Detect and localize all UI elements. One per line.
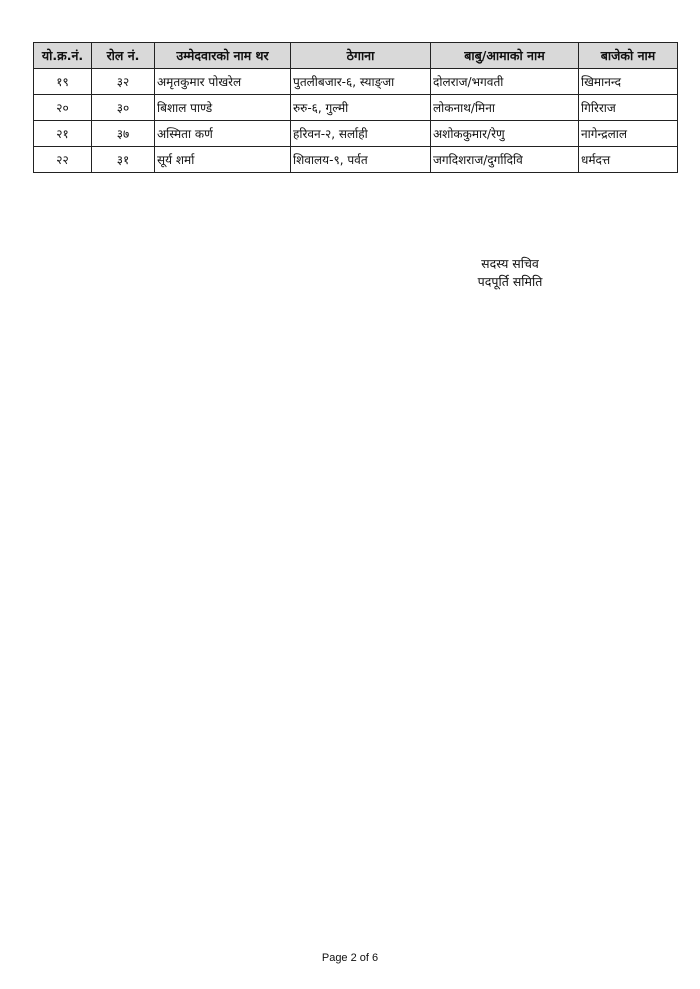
header-grandfather-name: बाजेको नाम <box>579 43 678 69</box>
address: शिवालय-९, पर्वत <box>291 147 431 173</box>
serial-no: २२ <box>34 147 92 173</box>
parents-name: दोलराज/भगवती <box>431 69 579 95</box>
address: हरिवन-२, सर्लाही <box>291 121 431 147</box>
table-row: २० ३० बिशाल पाण्डे रुरु-६, गुल्मी लोकनाथ… <box>34 95 678 121</box>
signature-block: सदस्य सचिव पदपूर्ति समिति <box>440 255 580 291</box>
address: पुतलीबजार-६, स्याङ्जा <box>291 69 431 95</box>
candidate-name: अमृतकुमार पोखरेल <box>155 69 291 95</box>
parents-name: जगदिशराज/दुर्गादिवि <box>431 147 579 173</box>
roll-no: ३१ <box>92 147 155 173</box>
parents-name: अशोककुमार/रेणु <box>431 121 579 147</box>
table-row: २१ ३७ अस्मिता कर्ण हरिवन-२, सर्लाही अशोक… <box>34 121 678 147</box>
table-row: २२ ३१ सूर्य शर्मा शिवालय-९, पर्वत जगदिशर… <box>34 147 678 173</box>
results-table: यो.क्र.नं. रोल नं. उम्मेदवारको नाम थर ठे… <box>33 42 678 173</box>
signature-title: सदस्य सचिव <box>440 255 580 273</box>
parents-name: लोकनाथ/मिना <box>431 95 579 121</box>
signature-committee: पदपूर्ति समिति <box>440 273 580 291</box>
grandfather-name: नागेन्द्रलाल <box>579 121 678 147</box>
page-number: Page 2 of 6 <box>0 952 700 964</box>
candidate-name: बिशाल पाण्डे <box>155 95 291 121</box>
roll-no: ३० <box>92 95 155 121</box>
grandfather-name: धर्मदत्त <box>579 147 678 173</box>
candidate-name: अस्मिता कर्ण <box>155 121 291 147</box>
candidate-name: सूर्य शर्मा <box>155 147 291 173</box>
roll-no: ३७ <box>92 121 155 147</box>
header-address: ठेगाना <box>291 43 431 69</box>
table-header-row: यो.क्र.नं. रोल नं. उम्मेदवारको नाम थर ठे… <box>34 43 678 69</box>
serial-no: २० <box>34 95 92 121</box>
address: रुरु-६, गुल्मी <box>291 95 431 121</box>
grandfather-name: गिरिराज <box>579 95 678 121</box>
header-candidate-name: उम्मेदवारको नाम थर <box>155 43 291 69</box>
serial-no: १९ <box>34 69 92 95</box>
header-parents-name: बाबु/आमाको नाम <box>431 43 579 69</box>
roll-no: ३२ <box>92 69 155 95</box>
table-row: १९ ३२ अमृतकुमार पोखरेल पुतलीबजार-६, स्या… <box>34 69 678 95</box>
header-serial-no: यो.क्र.नं. <box>34 43 92 69</box>
grandfather-name: खिमानन्द <box>579 69 678 95</box>
serial-no: २१ <box>34 121 92 147</box>
header-roll-no: रोल नं. <box>92 43 155 69</box>
